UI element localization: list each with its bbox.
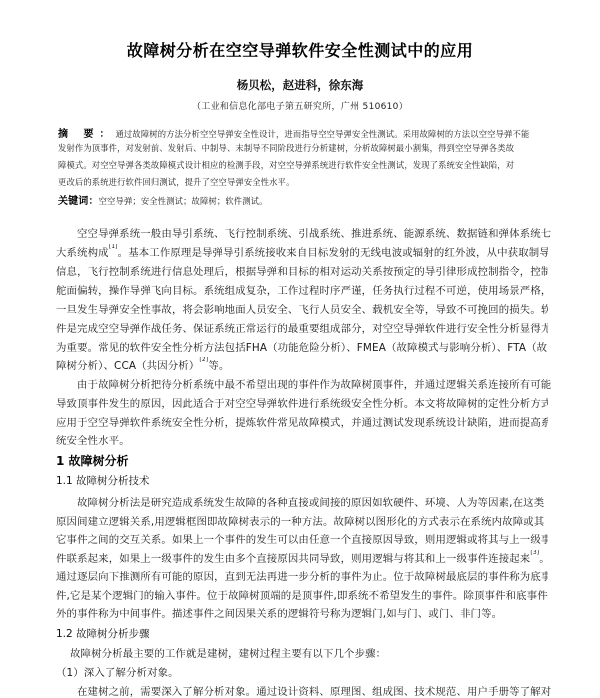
body-line: 故障树分析最主要的工作就是建树，建树过程主要有以下几个步骤： [56, 645, 562, 660]
body-line: 统安全性水平。 [56, 432, 548, 447]
body-line: 件是完成空空导弹作战任务、保证系统正常运行的最重要组成部分，对空空导弹软件进行安… [56, 320, 548, 335]
body-line: 件,它是某个逻辑门的输入事件。位于故障树顶端的是顶事件,即系统不希望发生的事件。… [56, 587, 548, 602]
body-line: 导致顶事件发生的原因，因此适合于对空空导弹软件进行系统级安全性分析。本文将故障树… [56, 395, 548, 410]
citation: [3] [530, 550, 539, 556]
section-heading: 1 故障树分析 [56, 452, 129, 469]
abstract-line: 摘 要：通过故障树的方法分析空空导弹安全性设计，进而指导空空导弹安全性测试。采用… [58, 125, 548, 140]
body-text: 。基本工作原理是导弹导引系统接收来自目标发射的无线电波或辐射的红外波，从中获取制… [118, 247, 548, 259]
subsection-heading: 1.1 故障树分析技术 [56, 473, 150, 488]
citation: [2] [199, 357, 208, 363]
keywords-text: 空空导弹；安全性测试；故障树；软件测试。 [99, 196, 268, 206]
body-line: 一旦发生导弹安全性事故，将会影响地面人员安全、飞行人员安全、载机安全等，导致不可… [56, 301, 548, 316]
abstract-label: 摘 要： [58, 129, 115, 140]
abstract-text: 通过故障树的方法分析空空导弹安全性设计，进而指导空空导弹安全性测试。采用故障树的… [115, 129, 529, 139]
body-line: 它事件之间的交互关系。如果上一个事件的发生可以由任意一个直接原因导致，则用逻辑或… [56, 531, 548, 546]
body-line: 为重要。常见的软件安全性分析方法包括FHA（功能危险分析）、FMEA（故障模式与… [56, 339, 548, 354]
paper-page: 故障树分析在空空导弹软件安全性测试中的应用 杨贝松，赵进科，徐东海 （工业和信息… [0, 0, 600, 698]
body-line: 信息，飞行控制系统进行信息处理后，根据导弹和目标的相对运动关系按预定的导引律形成… [56, 263, 548, 278]
body-line: 障树分析）、CCA（共因分析）[2]等。 [56, 357, 548, 372]
body-line: 通过逐层向下推测所有可能的原因，直到无法再进一步分析的事件为止。位于故障树最底层… [56, 568, 548, 583]
body-text: 。 [539, 553, 548, 565]
abstract-line: 更改后的系统进行软件回归测试，提升了空空导弹安全性水平。 [58, 176, 548, 188]
body-text: 件联系起来，如果上一级事件的发生由多个直接原因共同导致，则用逻辑与将其和上一级事… [56, 553, 530, 565]
body-line: 舵面偏转，操作导弹飞向目标。系统组成复杂，工作过程时序严谨，任务执行过程不可逆，… [56, 282, 548, 297]
body-line: 大系统构成[1]。基本工作原理是导弹导引系统接收来自目标发射的无线电波或辐射的红… [56, 244, 548, 259]
body-text: 等。 [208, 360, 229, 372]
body-text: 大系统构成 [56, 247, 109, 259]
body-line: 外的事件称为中间事件。描述事件之间因果关系的逻辑符号称为逻辑门,如与门、或门、非… [56, 605, 548, 620]
keywords-line: 关键词：空空导弹；安全性测试；故障树；软件测试。 [58, 192, 548, 207]
body-line: 故障树分析法是研究造成系统发生故障的各种直接或间接的原因如软硬件、环境、人为等因… [56, 494, 569, 509]
paper-authors: 杨贝松，赵进科，徐东海 [0, 77, 600, 93]
body-line: 空空导弹系统一般由导引系统、飞行控制系统、引战系统、推进系统、能源系统、数据链和… [56, 225, 569, 240]
body-line: 在建树之前，需要深入了解分析对象。通过设计资料、原理图、组成图、技术规范、用户手… [56, 683, 569, 698]
body-line: 件联系起来，如果上一级事件的发生由多个直接原因共同导致，则用逻辑与将其和上一级事… [56, 550, 548, 565]
body-line: 原因间建立逻辑关系,用逻辑框图即故障树表示的一种方法。故障树以图形化的方式表示在… [56, 513, 548, 528]
citation: [1] [109, 244, 118, 250]
paper-title: 故障树分析在空空导弹软件安全性测试中的应用 [0, 38, 600, 61]
body-line: 应用于空空导弹软件系统安全性分析，提炼软件常见故障模式，并通过测试发现系统设计缺… [56, 414, 548, 429]
abstract-line: 障模式。对空空导弹各类故障模式设计相应的检测手段，对空空导弹系统进行软件安全性测… [58, 159, 548, 171]
paper-affiliation: （工业和信息化部电子第五研究所，广州 510610） [0, 99, 600, 112]
subsection-heading: 1.2 故障树分析步骤 [56, 626, 150, 641]
abstract-line: 发射作为顶事件，对发射前、发射后、中制导、末制导不同阶段进行分析建树，分析故障树… [58, 142, 548, 154]
keywords-label: 关键词： [58, 196, 99, 207]
list-item: （1）深入了解分析对象。 [56, 664, 548, 679]
body-line: 由于故障树分析把待分析系统中最不希望出现的事件作为故障树顶事件，并通过逻辑关系连… [56, 376, 569, 391]
body-text: 障树分析）、CCA（共因分析） [56, 360, 199, 372]
